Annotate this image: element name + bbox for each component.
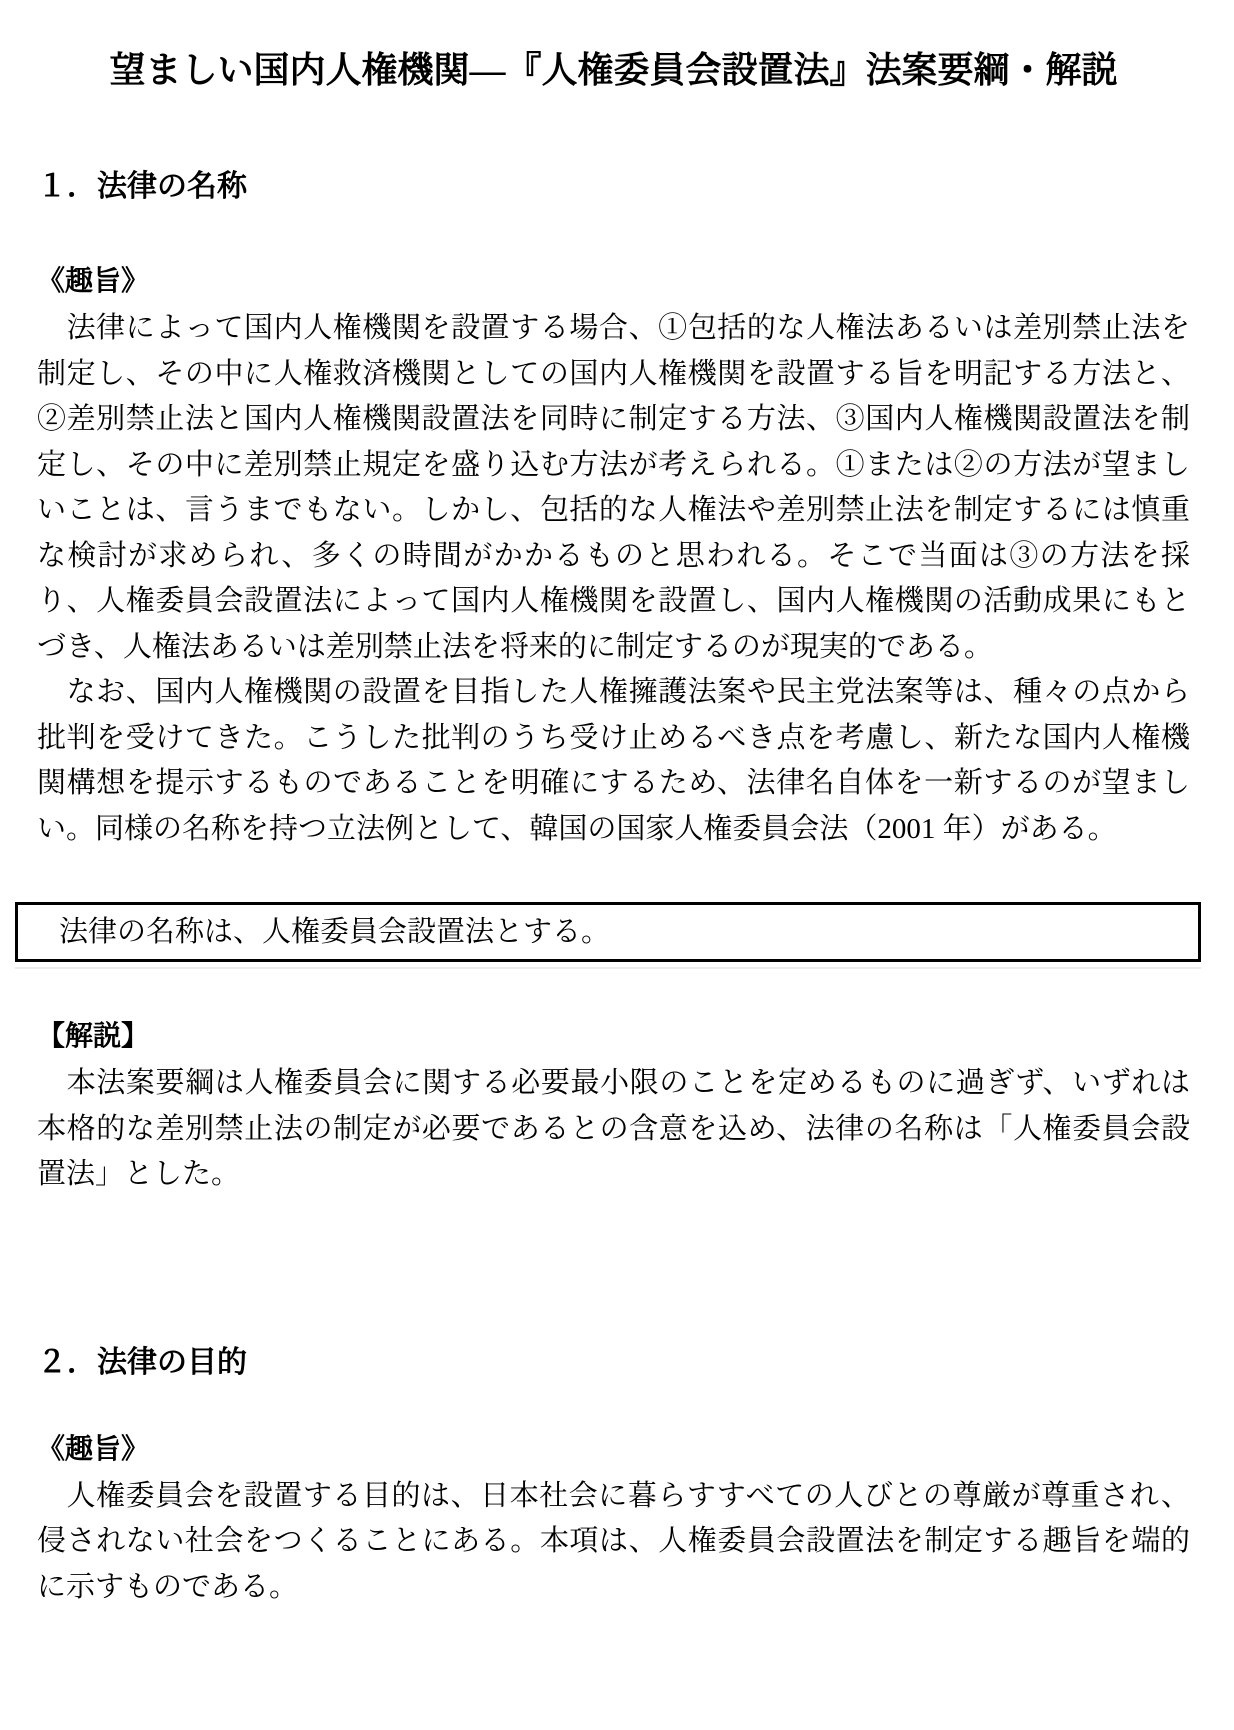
section-1-shushi-body: 法律によって国内人権機関を設置する場合、①包括的な人権法あるいは差別禁止法を制定… bbox=[37, 306, 1190, 852]
document-page: 望ましい国内人権機関―『人権委員会設置法』法案要綱・解説 １．法律の名称 《趣旨… bbox=[0, 0, 1234, 1730]
paragraph: なお、国内人権機関の設置を目指した人権擁護法案や民主党法案等は、種々の点から批判… bbox=[37, 670, 1190, 852]
section-1-kaisetsu-body: 本法案要綱は人権委員会に関する必要最小限のことを定めるものに過ぎず、いずれは本格… bbox=[37, 1061, 1190, 1198]
paragraph: 人権委員会を設置する目的は、日本社会に暮らすすべての人びとの尊厳が尊重され、侵さ… bbox=[37, 1474, 1190, 1611]
scan-artifact-line bbox=[15, 967, 1201, 969]
section-2-shushi-label: 《趣旨》 bbox=[37, 1432, 1190, 1468]
section-2-shushi-body: 人権委員会を設置する目的は、日本社会に暮らすすべての人びとの尊厳が尊重され、侵さ… bbox=[37, 1474, 1190, 1611]
section-2-heading: ２．法律の目的 bbox=[37, 1344, 1190, 1382]
section-1-heading: １．法律の名称 bbox=[37, 168, 1190, 206]
document-title: 望ましい国内人権機関―『人権委員会設置法』法案要綱・解説 bbox=[37, 0, 1190, 94]
paragraph: 本法案要綱は人権委員会に関する必要最小限のことを定めるものに過ぎず、いずれは本格… bbox=[37, 1061, 1190, 1198]
paragraph: 法律によって国内人権機関を設置する場合、①包括的な人権法あるいは差別禁止法を制定… bbox=[37, 306, 1190, 670]
section-1-kaisetsu-label: 【解説】 bbox=[37, 1019, 1190, 1055]
statute-text-box: 法律の名称は、人権委員会設置法とする。 bbox=[15, 902, 1201, 962]
section-1-shushi-label: 《趣旨》 bbox=[37, 264, 1190, 300]
